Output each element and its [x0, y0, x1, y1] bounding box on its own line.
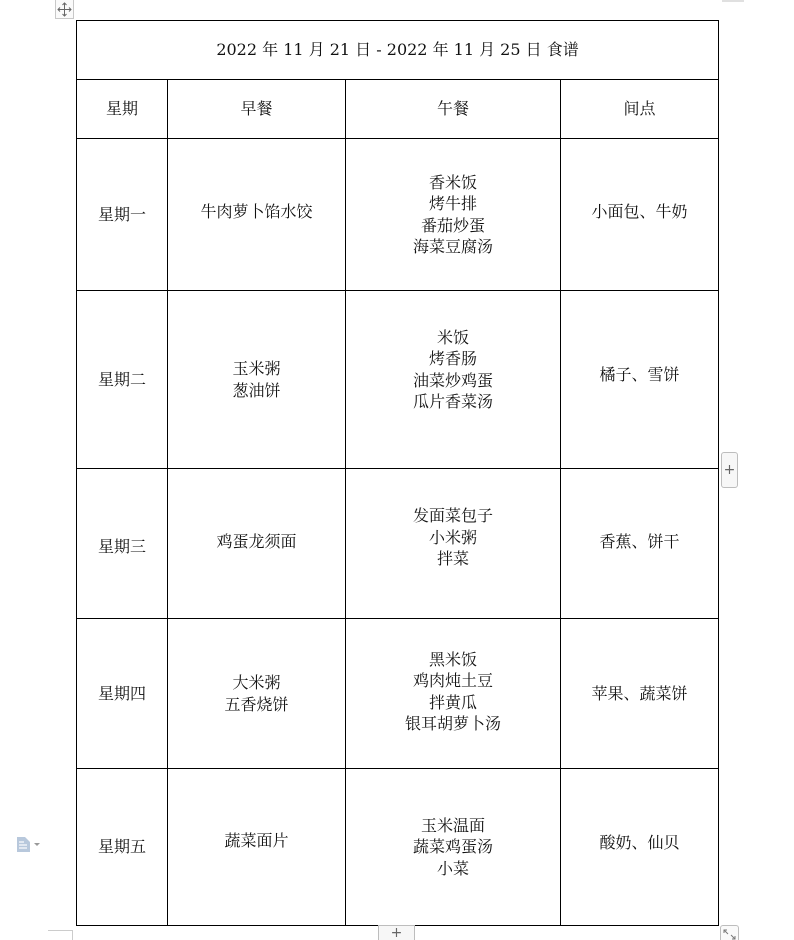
header-lunch: 午餐 — [346, 80, 561, 139]
table-row: 星期五 蔬菜面片 玉米温面蔬菜鸡蛋汤小菜 酸奶、仙贝 — [77, 769, 719, 926]
snack-cell: 酸奶、仙贝 — [561, 769, 719, 926]
breakfast-cell: 玉米粥葱油饼 — [168, 291, 346, 469]
plus-icon: + — [391, 926, 403, 940]
add-row-button[interactable]: + — [378, 925, 415, 940]
day-cell: 星期二 — [77, 291, 168, 469]
table-row: 星期二 玉米粥葱油饼 米饭烤香肠油菜炒鸡蛋瓜片香菜汤 橘子、雪饼 — [77, 291, 719, 469]
header-snack: 间点 — [561, 80, 719, 139]
table-resize-handle[interactable] — [720, 925, 739, 940]
day-cell: 星期一 — [77, 139, 168, 291]
table-row: 星期四 大米粥五香烧饼 黑米饭鸡肉炖土豆拌黄瓜银耳胡萝卜汤 苹果、蔬菜饼 — [77, 619, 719, 769]
plus-icon: + — [724, 462, 736, 478]
table-row: 星期一 牛肉萝卜馅水饺 香米饭烤牛排番茄炒蛋海菜豆腐汤 小面包、牛奶 — [77, 139, 719, 291]
header-day: 星期 — [77, 80, 168, 139]
lunch-cell: 玉米温面蔬菜鸡蛋汤小菜 — [346, 769, 561, 926]
table-move-handle[interactable] — [55, 0, 74, 19]
breakfast-cell: 牛肉萝卜馅水饺 — [168, 139, 346, 291]
snack-cell: 苹果、蔬菜饼 — [561, 619, 719, 769]
day-cell: 星期五 — [77, 769, 168, 926]
day-cell: 星期三 — [77, 469, 168, 619]
table-row: 星期三 鸡蛋龙须面 发面菜包子小米粥拌菜 香蕉、饼干 — [77, 469, 719, 619]
page-corner-mark — [722, 0, 744, 2]
page-corner-mark — [48, 930, 73, 931]
lunch-cell: 黑米饭鸡肉炖土豆拌黄瓜银耳胡萝卜汤 — [346, 619, 561, 769]
breakfast-cell: 蔬菜面片 — [168, 769, 346, 926]
resize-icon — [721, 927, 738, 940]
snack-cell: 橘子、雪饼 — [561, 291, 719, 469]
header-row: 星期 早餐 午餐 间点 — [77, 80, 719, 139]
page-corner-mark — [72, 930, 73, 940]
lunch-cell: 米饭烤香肠油菜炒鸡蛋瓜片香菜汤 — [346, 291, 561, 469]
day-cell: 星期四 — [77, 619, 168, 769]
snack-cell: 香蕉、饼干 — [561, 469, 719, 619]
breakfast-cell: 大米粥五香烧饼 — [168, 619, 346, 769]
paste-options-button[interactable] — [17, 837, 40, 852]
chevron-down-icon — [34, 843, 40, 847]
header-breakfast: 早餐 — [168, 80, 346, 139]
move-icon — [57, 2, 72, 17]
table-title: 2022 年 11 月 21 日 - 2022 年 11 月 25 日 食谱 — [77, 21, 719, 80]
lunch-cell: 香米饭烤牛排番茄炒蛋海菜豆腐汤 — [346, 139, 561, 291]
snack-cell: 小面包、牛奶 — [561, 139, 719, 291]
add-column-button[interactable]: + — [721, 452, 738, 488]
lunch-cell: 发面菜包子小米粥拌菜 — [346, 469, 561, 619]
menu-table: 2022 年 11 月 21 日 - 2022 年 11 月 25 日 食谱 星… — [76, 20, 719, 926]
breakfast-cell: 鸡蛋龙须面 — [168, 469, 346, 619]
document-icon — [17, 837, 30, 852]
